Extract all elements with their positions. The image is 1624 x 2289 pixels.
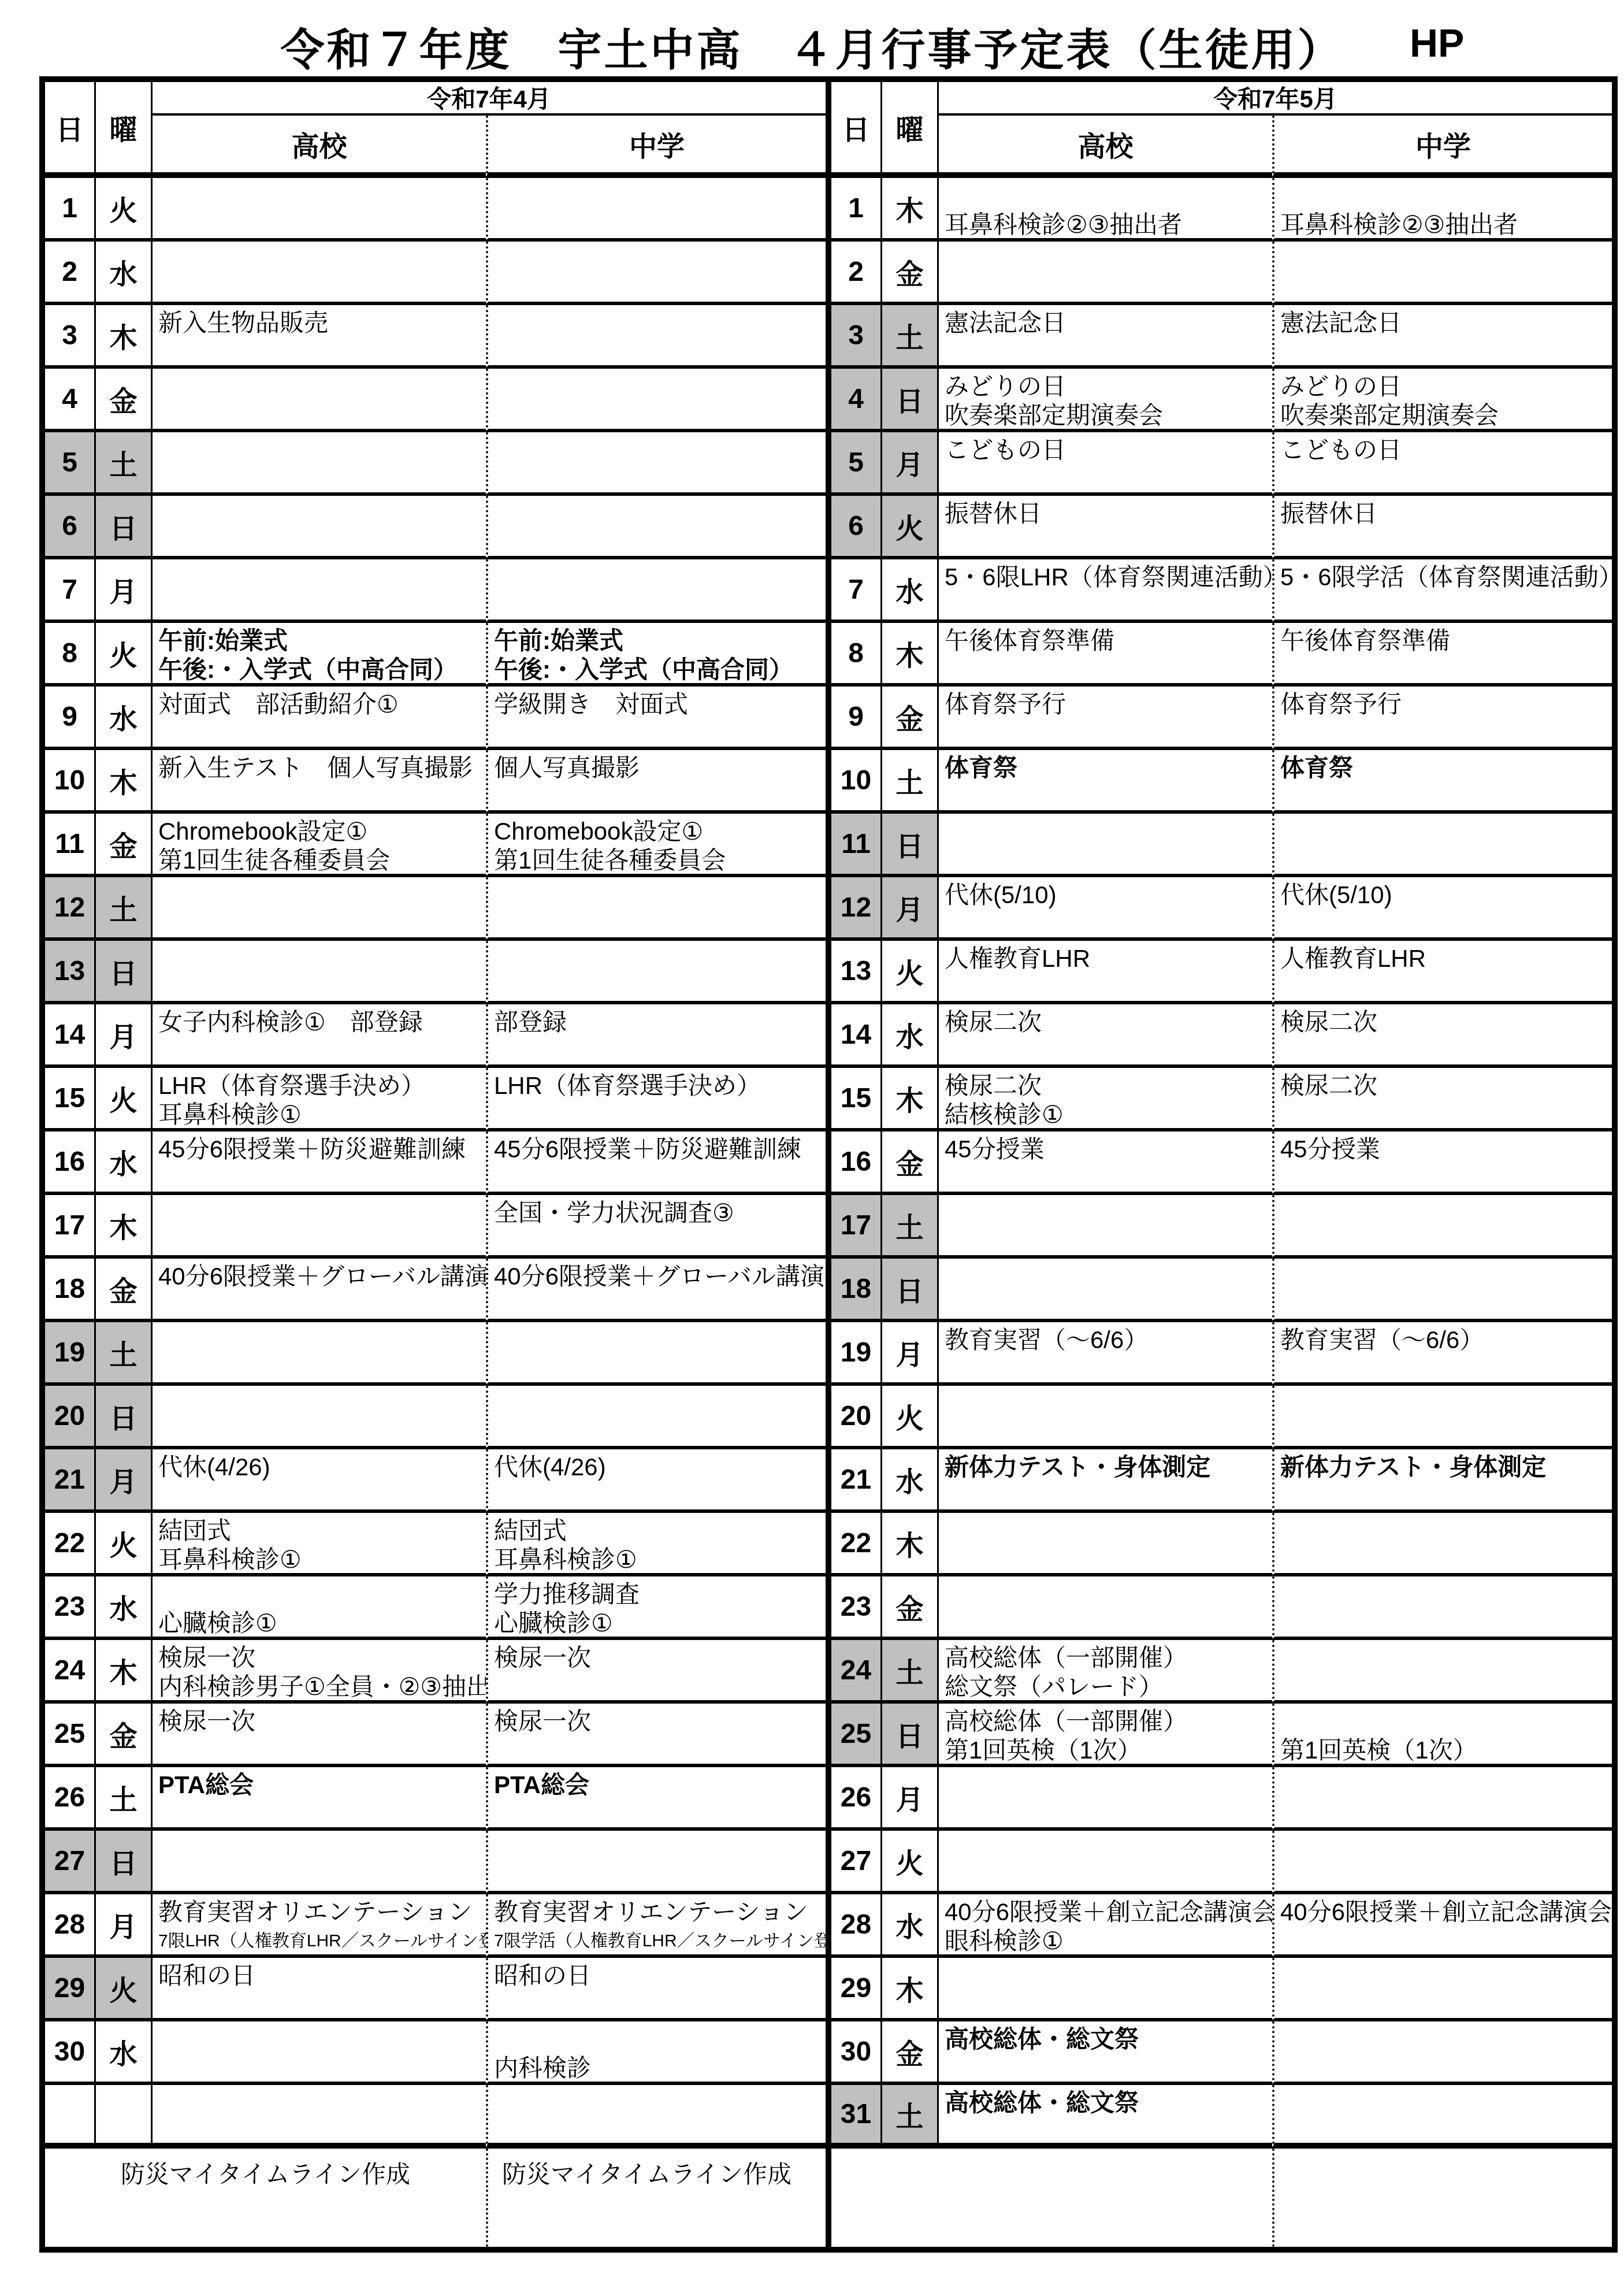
weekday-cell: 月 [882, 432, 939, 496]
weekday-column-header: 曜 [882, 82, 939, 178]
event-text: 検尿二次 [1280, 1071, 1611, 1100]
day-number-cell: 16 [831, 1131, 882, 1195]
weekday-cell: 月 [96, 559, 153, 623]
event-text: 吹奏楽部定期演奏会 [1280, 401, 1611, 430]
event-text: 40分6限授業＋グローバル講演会 [158, 1262, 485, 1291]
day-column-header: 日 [45, 82, 96, 178]
day-number-cell: 3 [45, 305, 96, 369]
footer-highschool-cell: 防災マイタイムライン作成 [45, 2149, 486, 2247]
day-number-cell: 28 [45, 1894, 96, 1958]
day-number-cell: 7 [45, 559, 96, 623]
weekday-cell: 日 [882, 1704, 939, 1767]
day-number-cell: 21 [831, 1449, 882, 1513]
day-number-cell: 18 [831, 1259, 882, 1322]
juniorhigh-events-cell: 5・6限学活（体育祭関連活動） [1272, 559, 1612, 623]
event-text: 体育祭 [945, 754, 1271, 782]
highschool-events-cell: 検尿一次内科検診男子①全員・②③抽出者 [153, 1640, 486, 1704]
juniorhigh-events-cell [486, 559, 826, 623]
event-text: 高校総体（一部開催） [945, 1707, 1271, 1736]
highschool-events-cell: 40分6限授業＋グローバル講演会 [153, 1259, 486, 1322]
juniorhigh-events-cell: Chromebook設定①第1回生徒各種委員会 [486, 814, 826, 877]
weekday-cell: 水 [882, 1894, 939, 1958]
juniorhigh-column-header: 中学 [1272, 116, 1612, 178]
juniorhigh-events-cell [486, 305, 826, 369]
calendar-table: 日曜令和7年4月高校中学1火2水3木新入生物品販売4金5土6日7月8火午前:始業… [39, 76, 1618, 2253]
day-number-cell: 12 [45, 877, 96, 941]
highschool-events-cell: 新体力テスト・身体測定 [939, 1449, 1272, 1513]
event-text: 検尿一次 [494, 1644, 824, 1672]
event-text: PTA総会 [494, 1771, 824, 1800]
juniorhigh-events-cell [1272, 1831, 1612, 1894]
event-text: 7限LHR（人権教育LHR／スクールサイン登録） [158, 1927, 485, 1956]
highschool-events-cell [939, 1958, 1272, 2021]
day-number-cell: 21 [45, 1449, 96, 1513]
juniorhigh-events-cell [486, 242, 826, 305]
day-number-cell: 3 [831, 305, 882, 369]
highschool-events-cell [153, 496, 486, 559]
event-text: 耳鼻科検診②③抽出者 [1280, 210, 1611, 239]
juniorhigh-events-cell [1272, 242, 1612, 305]
weekday-cell: 金 [96, 1259, 153, 1322]
event-text: 昭和の日 [158, 1961, 485, 1990]
juniorhigh-events-cell [1272, 1259, 1612, 1322]
weekday-cell: 土 [96, 877, 153, 941]
day-number-cell: 6 [831, 496, 882, 559]
highschool-events-cell: 45分6限授業＋防災避難訓練 [153, 1131, 486, 1195]
event-text: 45分6限授業＋防災避難訓練 [494, 1135, 824, 1164]
weekday-cell: 火 [96, 1068, 153, 1131]
month-april-grid: 日曜令和7年4月高校中学1火2水3木新入生物品販売4金5土6日7月8火午前:始業… [45, 82, 826, 2247]
day-number-cell: 26 [831, 1767, 882, 1831]
highschool-events-cell: 午後体育祭準備 [939, 623, 1272, 687]
weekday-cell: 水 [96, 687, 153, 750]
juniorhigh-events-cell: PTA総会 [486, 1767, 826, 1831]
event-text: 検尿二次 [945, 1071, 1271, 1100]
event-text: 体育祭 [1280, 754, 1611, 782]
juniorhigh-events-cell: 耳鼻科検診②③抽出者 [1272, 178, 1612, 242]
weekday-cell: 火 [882, 1386, 939, 1449]
weekday-cell: 土 [882, 1195, 939, 1259]
event-text: みどりの日 [1280, 372, 1611, 401]
event-text: 5・6限学活（体育祭関連活動） [1280, 563, 1611, 592]
highschool-events-cell: 代休(5/10) [939, 877, 1272, 941]
event-text: 教育実習（～6/6） [1280, 1326, 1611, 1355]
weekday-cell: 月 [882, 877, 939, 941]
month-may-grid: 日曜令和7年5月高校中学1木耳鼻科検診②③抽出者耳鼻科検診②③抽出者2金3土憲法… [826, 82, 1612, 2247]
event-text: 40分6限授業＋グローバル講演会 [494, 1262, 824, 1291]
day-number-cell: 17 [831, 1195, 882, 1259]
weekday-cell: 木 [882, 1958, 939, 2021]
day-number-cell: 29 [45, 1958, 96, 2021]
weekday-cell [96, 2085, 153, 2149]
highschool-events-cell: PTA総会 [153, 1767, 486, 1831]
event-text: 45分授業 [945, 1135, 1271, 1164]
juniorhigh-events-cell [486, 178, 826, 242]
event-text: 内科検診 [494, 2054, 824, 2083]
highschool-events-cell: 新入生テスト 個人写真撮影 [153, 750, 486, 814]
highschool-events-cell [153, 941, 486, 1004]
day-number-cell: 9 [831, 687, 882, 750]
event-text: 45分6限授業＋防災避難訓練 [158, 1135, 485, 1164]
weekday-cell: 火 [96, 178, 153, 242]
highschool-events-cell: 振替休日 [939, 496, 1272, 559]
day-number-cell: 15 [45, 1068, 96, 1131]
event-text: こどもの日 [945, 436, 1271, 465]
highschool-events-cell [153, 1322, 486, 1386]
page: 令和７年度 宇土中高 ４月行事予定表（生徒用） HP 日曜令和7年4月高校中学1… [0, 0, 1624, 2289]
event-text: 検尿一次 [494, 1707, 824, 1736]
highschool-events-cell: 検尿一次 [153, 1704, 486, 1767]
event-text: 振替休日 [1280, 499, 1611, 528]
event-text: 学級開き 対面式 [494, 690, 824, 719]
weekday-cell: 土 [882, 750, 939, 814]
highschool-events-cell: 教育実習（～6/6） [939, 1322, 1272, 1386]
event-text: 新体力テスト・身体測定 [945, 1453, 1271, 1482]
day-number-cell: 17 [45, 1195, 96, 1259]
juniorhigh-events-cell: 検尿二次 [1272, 1004, 1612, 1068]
footer-juniorhigh-cell: 防災マイタイムライン作成 [486, 2149, 826, 2247]
juniorhigh-events-cell [1272, 1576, 1612, 1640]
weekday-cell: 日 [882, 814, 939, 877]
weekday-cell: 月 [96, 1004, 153, 1068]
weekday-cell: 火 [96, 1513, 153, 1576]
juniorhigh-events-cell [486, 1386, 826, 1449]
juniorhigh-events-cell: 検尿二次 [1272, 1068, 1612, 1131]
juniorhigh-events-cell: 40分6限授業＋創立記念講演会 [1272, 1894, 1612, 1958]
weekday-cell: 土 [96, 1767, 153, 1831]
day-number-cell: 8 [45, 623, 96, 687]
weekday-cell: 火 [882, 496, 939, 559]
juniorhigh-events-cell [1272, 2021, 1612, 2085]
highschool-events-cell [153, 242, 486, 305]
juniorhigh-column-header: 中学 [486, 116, 826, 178]
event-text: 耳鼻科検診① [158, 1100, 485, 1129]
juniorhigh-events-cell: 午前:始業式午後:・入学式（中高合同） [486, 623, 826, 687]
event-text: 内科検診男子①全員・②③抽出者 [158, 1672, 485, 1701]
event-text: 高校総体（一部開催） [945, 1644, 1271, 1672]
juniorhigh-events-cell: 学級開き 対面式 [486, 687, 826, 750]
highschool-events-cell: みどりの日吹奏楽部定期演奏会 [939, 369, 1272, 432]
event-text: 振替休日 [945, 499, 1271, 528]
day-number-cell: 8 [831, 623, 882, 687]
highschool-events-cell: 高校総体（一部開催）第1回英検（1次） [939, 1704, 1272, 1767]
juniorhigh-events-cell: 内科検診 [486, 2021, 826, 2085]
day-number-cell: 19 [831, 1322, 882, 1386]
day-number-cell: 19 [45, 1322, 96, 1386]
event-text: Chromebook設定① [158, 817, 485, 846]
weekday-cell: 木 [96, 1195, 153, 1259]
juniorhigh-events-cell [486, 1322, 826, 1386]
juniorhigh-events-cell: 第1回英検（1次） [1272, 1704, 1612, 1767]
highschool-events-cell [153, 1831, 486, 1894]
event-text: 第1回英検（1次） [1280, 1736, 1611, 1765]
weekday-cell: 木 [96, 305, 153, 369]
event-text: 新体力テスト・身体測定 [1280, 1453, 1611, 1482]
event-text: 新入生物品販売 [158, 309, 485, 337]
event-text: 午前:始業式 [158, 626, 485, 655]
highschool-events-cell [939, 1195, 1272, 1259]
event-text: 5・6限LHR（体育祭関連活動） [945, 563, 1271, 592]
event-text: 昭和の日 [494, 1961, 824, 1990]
highschool-events-cell: 40分6限授業＋創立記念講演会眼科検診① [939, 1894, 1272, 1958]
weekday-cell: 金 [882, 1576, 939, 1640]
event-text: 体育祭予行 [945, 690, 1271, 719]
event-text: 代休(4/26) [494, 1453, 824, 1482]
event-text: 教育実習（～6/6） [945, 1326, 1271, 1355]
event-text: 総文祭（パレード） [945, 1672, 1271, 1701]
juniorhigh-events-cell [1272, 1386, 1612, 1449]
highschool-events-cell [153, 2085, 486, 2149]
event-text: 午後体育祭準備 [945, 626, 1271, 655]
highschool-events-cell [939, 1831, 1272, 1894]
highschool-events-cell: 心臓検診① [153, 1576, 486, 1640]
event-text: みどりの日 [945, 372, 1271, 401]
event-text: 午前:始業式 [494, 626, 824, 655]
weekday-cell: 月 [96, 1449, 153, 1513]
event-text: 午後:・入学式（中高合同） [494, 655, 824, 684]
event-text: 検尿二次 [945, 1008, 1271, 1037]
highschool-events-cell: 昭和の日 [153, 1958, 486, 2021]
juniorhigh-events-cell: 憲法記念日 [1272, 305, 1612, 369]
event-text: 耳鼻科検診②③抽出者 [945, 210, 1271, 239]
juniorhigh-events-cell: 代休(5/10) [1272, 877, 1612, 941]
weekday-cell: 月 [882, 1322, 939, 1386]
event-text: 結核検診① [945, 1100, 1271, 1129]
juniorhigh-events-cell: 体育祭 [1272, 750, 1612, 814]
weekday-cell: 日 [96, 941, 153, 1004]
day-number-cell: 9 [45, 687, 96, 750]
event-text [158, 1580, 485, 1609]
weekday-cell: 金 [882, 687, 939, 750]
day-number-cell: 12 [831, 877, 882, 941]
event-text: 検尿二次 [1280, 1008, 1611, 1037]
day-number-cell: 22 [45, 1513, 96, 1576]
highschool-events-cell: Chromebook設定①第1回生徒各種委員会 [153, 814, 486, 877]
highschool-events-cell: 検尿二次 [939, 1004, 1272, 1068]
highschool-events-cell [153, 2021, 486, 2085]
day-number-cell: 1 [831, 178, 882, 242]
highschool-events-cell: 教育実習オリエンテーション7限LHR（人権教育LHR／スクールサイン登録） [153, 1894, 486, 1958]
highschool-events-cell: 体育祭予行 [939, 687, 1272, 750]
juniorhigh-events-cell: 人権教育LHR [1272, 941, 1612, 1004]
juniorhigh-events-cell [486, 877, 826, 941]
day-number-cell: 13 [45, 941, 96, 1004]
day-number-cell: 7 [831, 559, 882, 623]
event-text: LHR（体育祭選手決め） [494, 1071, 824, 1100]
event-text: 45分授業 [1280, 1135, 1611, 1164]
event-text: 教育実習オリエンテーション [494, 1898, 824, 1927]
day-number-cell: 2 [831, 242, 882, 305]
day-number-cell: 16 [45, 1131, 96, 1195]
weekday-cell: 水 [96, 1131, 153, 1195]
highschool-events-cell [153, 559, 486, 623]
event-text: Chromebook設定① [494, 817, 824, 846]
weekday-cell: 土 [882, 305, 939, 369]
event-text: 心臓検診① [158, 1609, 485, 1638]
day-number-cell: 2 [45, 242, 96, 305]
juniorhigh-events-cell: 全国・学力状況調査③ [486, 1195, 826, 1259]
day-number-cell [45, 2085, 96, 2149]
highschool-events-cell: 高校総体（一部開催）総文祭（パレード） [939, 1640, 1272, 1704]
event-text: 吹奏楽部定期演奏会 [945, 401, 1271, 430]
day-number-cell: 30 [45, 2021, 96, 2085]
day-number-cell: 29 [831, 1958, 882, 2021]
event-text: 人権教育LHR [945, 944, 1271, 973]
highschool-events-cell: 耳鼻科検診②③抽出者 [939, 178, 1272, 242]
juniorhigh-events-cell [1272, 814, 1612, 877]
day-number-cell: 13 [831, 941, 882, 1004]
event-text: 耳鼻科検診① [158, 1545, 485, 1574]
highschool-events-cell [939, 814, 1272, 877]
day-number-cell: 24 [45, 1640, 96, 1704]
juniorhigh-events-cell [486, 496, 826, 559]
weekday-cell: 金 [96, 814, 153, 877]
weekday-cell: 日 [96, 1831, 153, 1894]
day-number-cell: 14 [45, 1004, 96, 1068]
weekday-cell: 日 [882, 369, 939, 432]
event-text: こどもの日 [1280, 436, 1611, 465]
juniorhigh-events-cell [1272, 2085, 1612, 2149]
page-title: 令和７年度 宇土中高 ４月行事予定表（生徒用） [0, 15, 1624, 78]
highschool-events-cell [153, 1386, 486, 1449]
highschool-events-cell [153, 178, 486, 242]
event-text: 耳鼻科検診① [494, 1545, 824, 1574]
juniorhigh-events-cell: みどりの日吹奏楽部定期演奏会 [1272, 369, 1612, 432]
weekday-cell: 火 [96, 623, 153, 687]
weekday-cell: 火 [96, 1958, 153, 2021]
weekday-cell: 日 [96, 1386, 153, 1449]
highschool-events-cell: 憲法記念日 [939, 305, 1272, 369]
highschool-events-cell [939, 1576, 1272, 1640]
juniorhigh-events-cell: 検尿一次 [486, 1704, 826, 1767]
juniorhigh-events-cell [1272, 1767, 1612, 1831]
day-number-cell: 31 [831, 2085, 882, 2149]
juniorhigh-events-cell: 教育実習オリエンテーション7限学活（人権教育LHR／スクールサイン登録） [486, 1894, 826, 1958]
highschool-events-cell: 新入生物品販売 [153, 305, 486, 369]
event-text: 新入生テスト 個人写真撮影 [158, 754, 485, 782]
day-number-cell: 25 [831, 1704, 882, 1767]
day-number-cell: 14 [831, 1004, 882, 1068]
weekday-cell: 木 [882, 1068, 939, 1131]
event-text: 体育祭予行 [1280, 690, 1611, 719]
day-number-cell: 24 [831, 1640, 882, 1704]
day-number-cell: 11 [45, 814, 96, 877]
juniorhigh-events-cell: 個人写真撮影 [486, 750, 826, 814]
event-text: 人権教育LHR [1280, 944, 1611, 973]
month-label: 令和7年5月 [939, 82, 1612, 116]
event-text: 憲法記念日 [945, 309, 1271, 337]
event-text: 40分6限授業＋創立記念講演会 [945, 1898, 1271, 1927]
day-number-cell: 5 [45, 432, 96, 496]
event-text [945, 181, 1271, 210]
highschool-events-cell: 女子内科検診① 部登録 [153, 1004, 486, 1068]
juniorhigh-events-cell [1272, 1958, 1612, 2021]
highschool-events-cell [939, 242, 1272, 305]
event-text [1280, 181, 1611, 210]
highschool-events-cell: 5・6限LHR（体育祭関連活動） [939, 559, 1272, 623]
day-number-cell: 25 [45, 1704, 96, 1767]
weekday-cell: 月 [96, 1894, 153, 1958]
weekday-cell: 水 [96, 1576, 153, 1640]
day-number-cell: 4 [831, 369, 882, 432]
day-number-cell: 22 [831, 1513, 882, 1576]
footer-juniorhigh-cell [1272, 2149, 1612, 2247]
juniorhigh-events-cell: 45分6限授業＋防災避難訓練 [486, 1131, 826, 1195]
highschool-events-cell: こどもの日 [939, 432, 1272, 496]
juniorhigh-events-cell: 新体力テスト・身体測定 [1272, 1449, 1612, 1513]
event-text: 高校総体・総文祭 [945, 2088, 1271, 2117]
highschool-events-cell: 対面式 部活動紹介① [153, 687, 486, 750]
event-text: 全国・学力状況調査③ [494, 1199, 824, 1227]
day-number-cell: 11 [831, 814, 882, 877]
weekday-cell: 金 [96, 369, 153, 432]
weekday-cell: 土 [96, 1322, 153, 1386]
weekday-cell: 月 [882, 1767, 939, 1831]
highschool-events-cell [939, 1767, 1272, 1831]
juniorhigh-events-cell: 学力推移調査心臓検診① [486, 1576, 826, 1640]
weekday-cell: 水 [96, 2021, 153, 2085]
event-text: 午後体育祭準備 [1280, 626, 1611, 655]
weekday-cell: 木 [882, 1513, 939, 1576]
juniorhigh-events-cell: 午後体育祭準備 [1272, 623, 1612, 687]
juniorhigh-events-cell: 結団式耳鼻科検診① [486, 1513, 826, 1576]
event-text: 教育実習オリエンテーション [158, 1898, 485, 1927]
juniorhigh-events-cell: 振替休日 [1272, 496, 1612, 559]
event-text: 個人写真撮影 [494, 754, 824, 782]
weekday-cell: 土 [882, 2085, 939, 2149]
juniorhigh-events-cell [1272, 1195, 1612, 1259]
weekday-cell: 木 [882, 178, 939, 242]
event-text: 検尿一次 [158, 1644, 485, 1672]
day-number-cell: 10 [831, 750, 882, 814]
juniorhigh-events-cell: 検尿一次 [486, 1640, 826, 1704]
weekday-cell: 水 [882, 559, 939, 623]
weekday-cell: 金 [882, 1131, 939, 1195]
weekday-cell: 土 [96, 432, 153, 496]
juniorhigh-events-cell [486, 2085, 826, 2149]
juniorhigh-events-cell: 部登録 [486, 1004, 826, 1068]
event-text: 眼科検診① [945, 1927, 1271, 1956]
event-text: 対面式 部活動紹介① [158, 690, 485, 719]
weekday-cell: 火 [882, 941, 939, 1004]
highschool-events-cell [939, 1513, 1272, 1576]
month-label: 令和7年4月 [153, 82, 826, 116]
day-number-cell: 6 [45, 496, 96, 559]
weekday-cell: 火 [882, 1831, 939, 1894]
day-number-cell: 10 [45, 750, 96, 814]
weekday-cell: 水 [96, 242, 153, 305]
day-number-cell: 28 [831, 1894, 882, 1958]
event-text: 7限学活（人権教育LHR／スクールサイン登録） [494, 1927, 824, 1956]
weekday-cell: 木 [882, 623, 939, 687]
event-text: 検尿一次 [158, 1707, 485, 1736]
event-text: 40分6限授業＋創立記念講演会 [1280, 1898, 1611, 1927]
highschool-events-cell: 高校総体・総文祭 [939, 2021, 1272, 2085]
day-number-cell: 26 [45, 1767, 96, 1831]
highschool-events-cell: 検尿二次結核検診① [939, 1068, 1272, 1131]
event-text: 女子内科検診① 部登録 [158, 1008, 485, 1037]
day-number-cell: 5 [831, 432, 882, 496]
event-text: 心臓検診① [494, 1609, 824, 1638]
highschool-column-header: 高校 [153, 116, 486, 178]
event-text: PTA総会 [158, 1771, 485, 1800]
weekday-cell: 木 [96, 750, 153, 814]
day-number-cell: 30 [831, 2021, 882, 2085]
event-text [1280, 1707, 1611, 1736]
day-number-cell: 18 [45, 1259, 96, 1322]
day-number-cell: 15 [831, 1068, 882, 1131]
day-number-cell: 1 [45, 178, 96, 242]
